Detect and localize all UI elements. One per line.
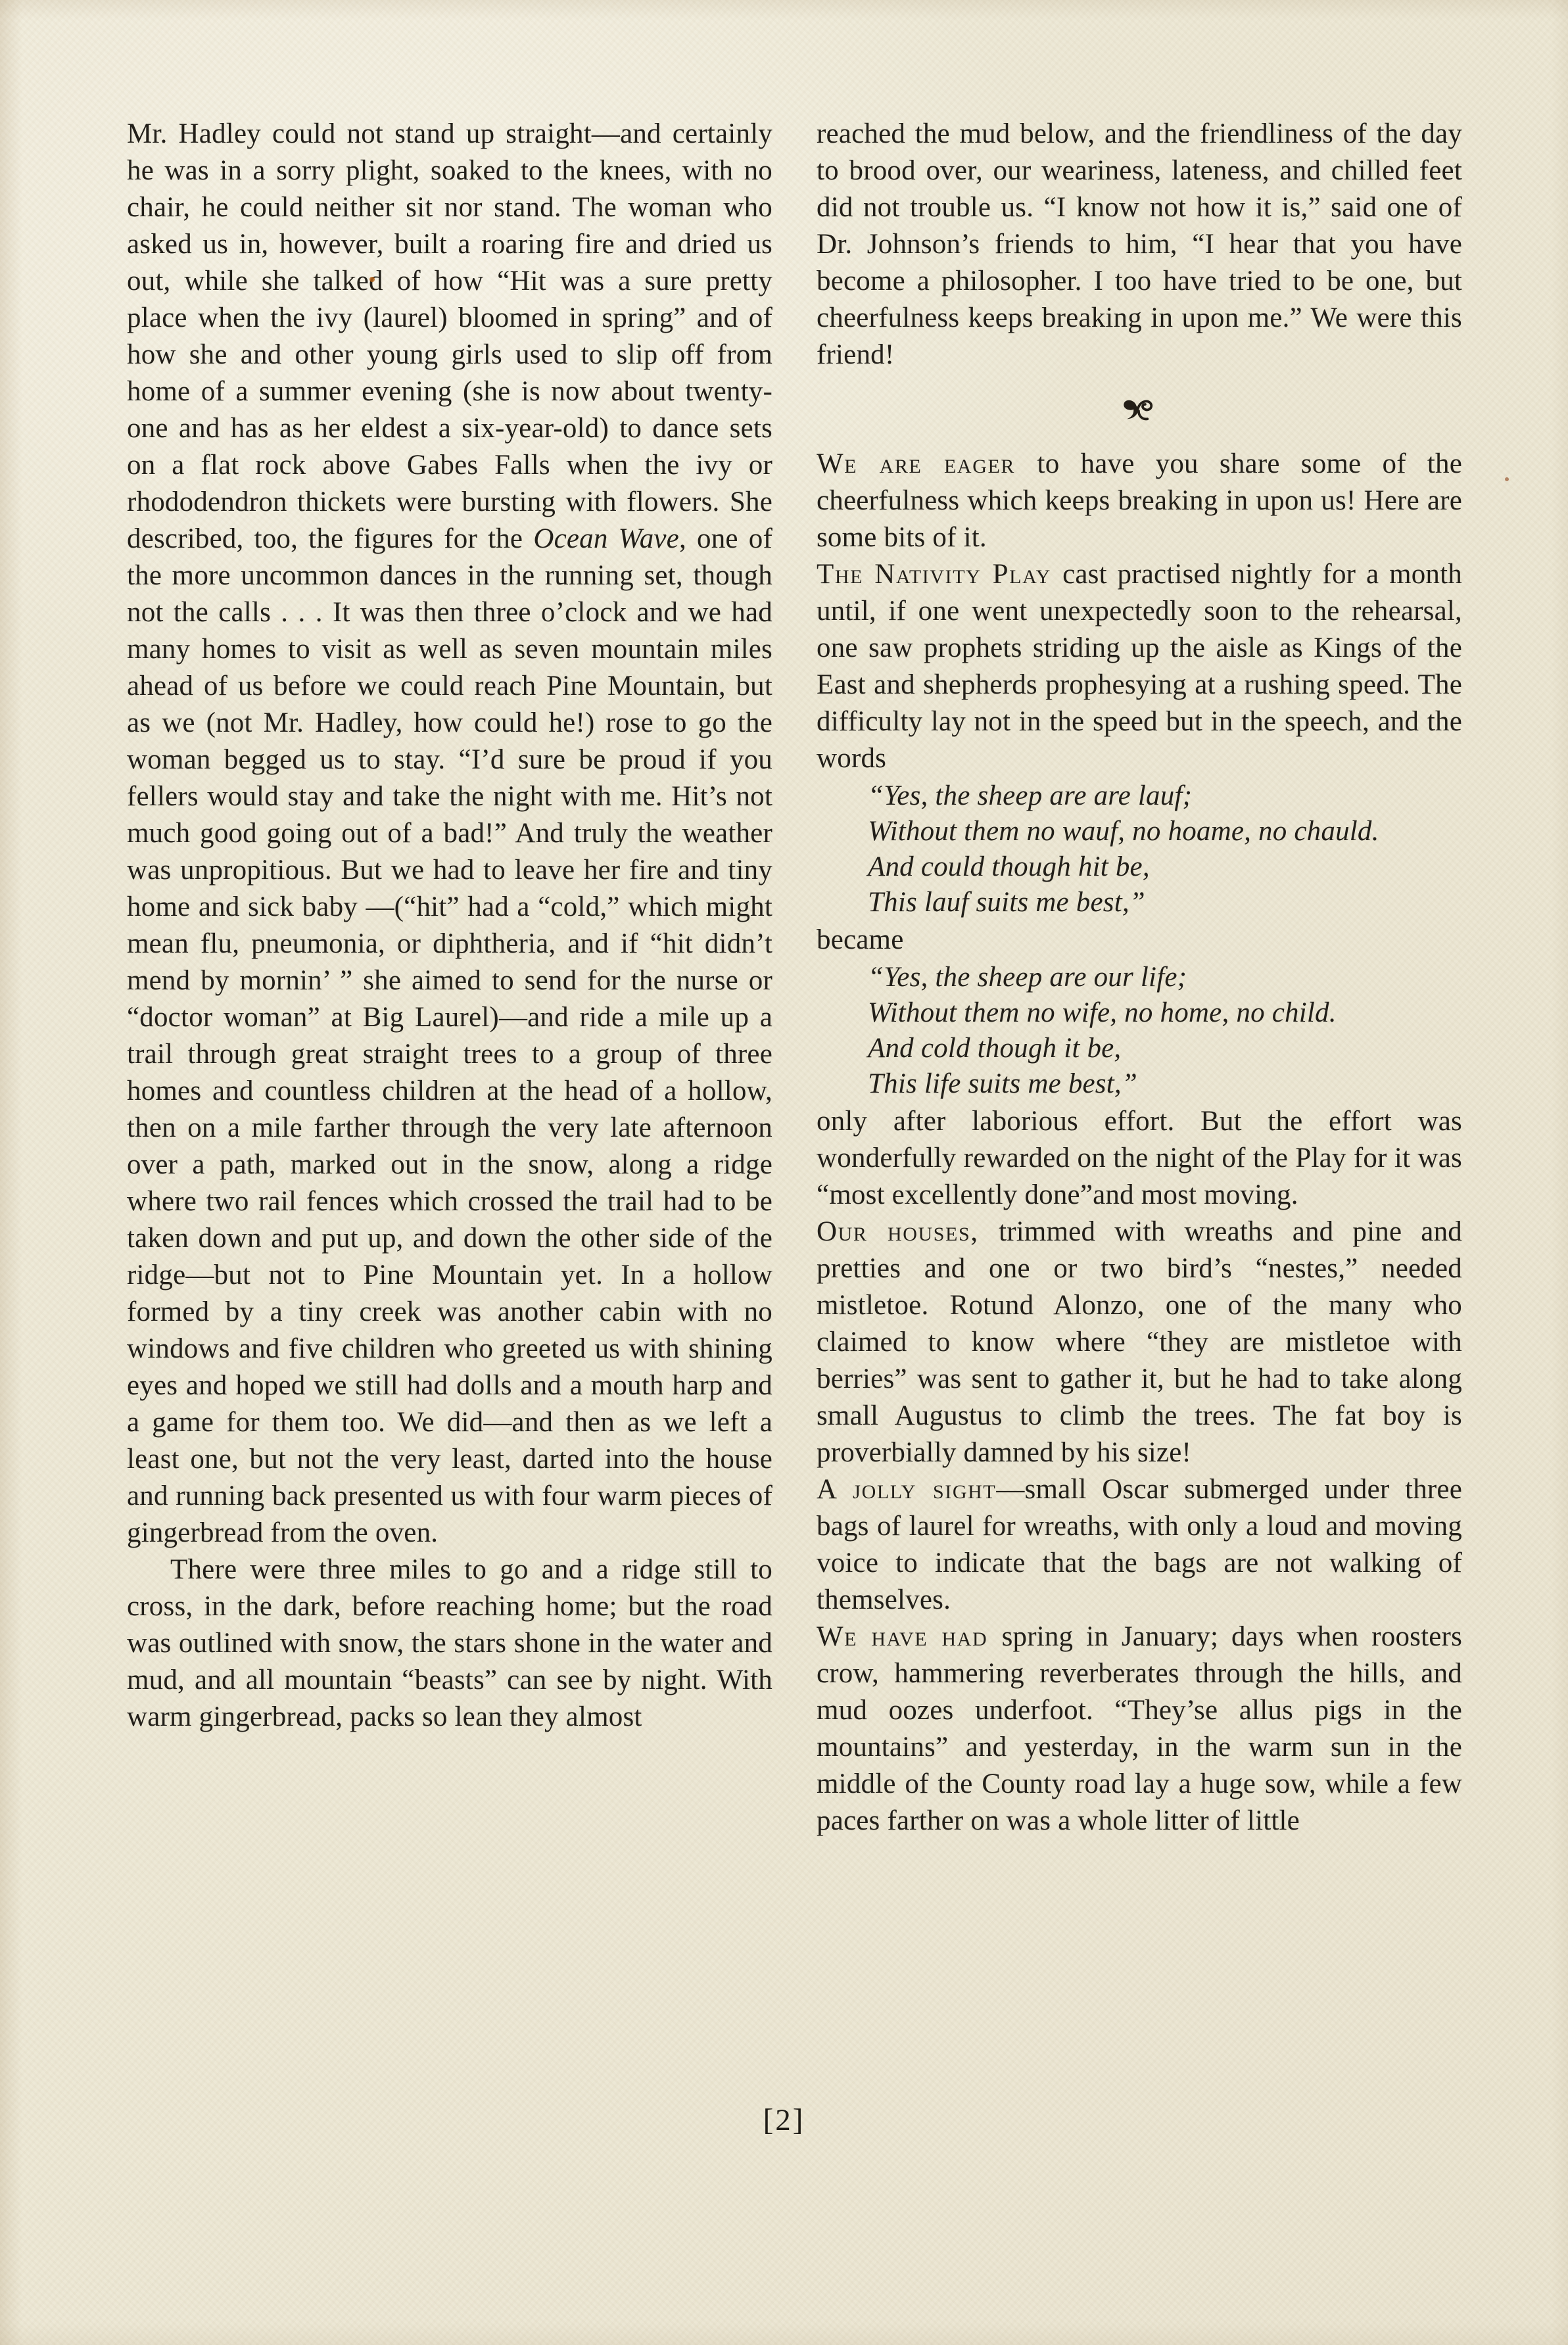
- spring-text: spring in January; days when roosters cr…: [817, 1621, 1462, 1836]
- paragraph-spring: We have had spring in January; days when…: [817, 1619, 1462, 1839]
- verse-line: And cold though it be,: [868, 1031, 1462, 1066]
- became-label: became: [817, 922, 1462, 959]
- paragraph-after-verse: only after laborious effort. But the eff…: [817, 1103, 1462, 1214]
- verse-line: Without them no wife, no home, no child.: [868, 995, 1462, 1031]
- nativity-smallcaps-lead: The Nativity Play: [817, 559, 1062, 590]
- verse-line: This life suits me best,”: [868, 1066, 1462, 1102]
- houses-text: trimmed with wreaths and pine and pretti…: [817, 1216, 1462, 1468]
- verse-line: “Yes, the sheep are are lauf;: [868, 778, 1462, 814]
- paragraph-hadley-text-cont: , one of the more uncommon dances in the…: [127, 523, 772, 1548]
- paper-speck: [1505, 477, 1509, 481]
- nativity-text: cast practised nightly for a month until…: [817, 559, 1462, 774]
- hedera-leaf-ornament-icon: [1120, 396, 1158, 426]
- page-number: [2]: [0, 2102, 1568, 2138]
- paragraph-nativity: The Nativity Play cast practised nightly…: [817, 556, 1462, 777]
- ocean-wave-italic: Ocean Wave: [533, 523, 679, 554]
- paragraph-houses: Our houses, trimmed with wreaths and pin…: [817, 1214, 1462, 1471]
- spring-smallcaps-lead: We have had: [817, 1621, 1002, 1652]
- paragraph-hadley: Mr. Hadley could not stand up straight—a…: [127, 116, 772, 1551]
- section-divider: [817, 396, 1462, 426]
- paragraph-hadley-text: Mr. Hadley could not stand up straight—a…: [127, 118, 772, 554]
- left-text-column: Mr. Hadley could not stand up straight—a…: [127, 116, 772, 1736]
- paragraph-continuation: reached the mud below, and the friendlin…: [817, 116, 1462, 373]
- jolly-smallcaps-lead: A jolly sight: [817, 1474, 996, 1505]
- scanned-newsletter-page: Mr. Hadley could not stand up straight—a…: [0, 0, 1568, 2345]
- verse-line: This lauf suits me best,”: [868, 885, 1462, 920]
- paragraph-three-miles: There were three miles to go and a ridge…: [127, 1551, 772, 1736]
- dialect-verse: “Yes, the sheep are are lauf; Without th…: [868, 778, 1462, 920]
- verse-line: And could though hit be,: [868, 849, 1462, 885]
- eager-smallcaps-lead: We are eager: [817, 448, 1037, 479]
- verse-line: “Yes, the sheep are our life;: [868, 960, 1462, 995]
- right-text-column: reached the mud below, and the friendlin…: [817, 116, 1462, 1839]
- corrected-verse: “Yes, the sheep are our life; Without th…: [868, 960, 1462, 1102]
- paragraph-jolly-sight: A jolly sight—small Oscar submerged unde…: [817, 1471, 1462, 1619]
- paragraph-eager: We are eager to have you share some of t…: [817, 446, 1462, 556]
- verse-line: Without them no wauf, no hoame, no chaul…: [868, 814, 1462, 849]
- houses-smallcaps-lead: Our houses,: [817, 1216, 999, 1247]
